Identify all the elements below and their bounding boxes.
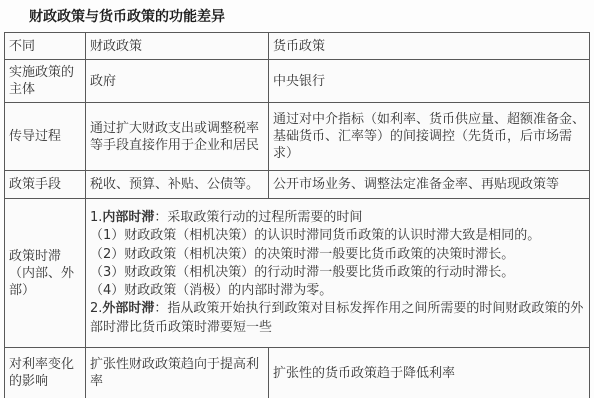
term-external-lag: 外部时滞 (102, 301, 154, 316)
cell-fiscal-implementing-body: 政府 (86, 60, 269, 103)
time-lag-sub-item-3: （3）财政政策（相机决策）的行动时滞一般要比货币政策的行动时滞长。 (90, 264, 585, 282)
cell-monetary-transmission: 通过对中介指标（如利率、货币供应量、超额准备金、基础货币、汇率等）的间接调控（先… (269, 103, 590, 171)
cell-fiscal-interest-rate: 扩张性财政政策趋向于提高利率 (86, 348, 269, 398)
time-lag-item-2: 2.外部时滞：指从政策开始执行到政策对目标发挥作用之间所需要的时间财政政策的外部… (90, 300, 585, 336)
time-lag-sub-item-1: （1）财政政策（相机决策）的认识时滞同货币政策的认识时滞大致是相同的。 (90, 227, 585, 245)
table-row: 传导过程 通过扩大财政支出或调整税率等手段直接作用于企业和居民 通过对中介指标（… (5, 103, 590, 171)
time-lag-sub-item-2: （2）财政政策（相机决策）的决策时滞一般要比货币政策的决策时滞长。 (90, 246, 585, 264)
header-cell-fiscal-policy: 财政政策 (86, 33, 269, 60)
time-lag-sub-item-4: （4）财政政策（消极）的内部时滞为零。 (90, 282, 585, 300)
header-cell-monetary-policy: 货币政策 (269, 33, 590, 60)
cell-fiscal-transmission: 通过扩大财政支出或调整税率等手段直接作用于企业和居民 (86, 103, 269, 171)
table-row: 实施政策的主体 政府 中央银行 (5, 60, 590, 103)
cell-time-lag-details: 1.内部时滞：采取政策行动的过程所需要的时间 （1）财政政策（相机决策）的认识时… (86, 199, 590, 348)
time-lag-item-1: 1.内部时滞：采取政策行动的过程所需要的时间 (90, 209, 585, 227)
term-internal-lag: 内部时滞 (102, 210, 154, 225)
row-label-policy-time-lag: 政策时滞（内部、外部） (5, 199, 86, 348)
row-label-transmission-process: 传导过程 (5, 103, 86, 171)
cell-monetary-instruments: 公开市场业务、调整法定准备金率、再贴现政策等 (269, 171, 590, 199)
row-label-implementing-body: 实施政策的主体 (5, 60, 86, 103)
table-header-row: 不同 财政政策 货币政策 (5, 33, 590, 60)
header-cell-difference: 不同 (5, 33, 86, 60)
row-label-interest-rate-impact: 对利率变化的影响 (5, 348, 86, 398)
policy-comparison-table: 不同 财政政策 货币政策 实施政策的主体 政府 中央银行 传导过程 通过扩大财政… (4, 32, 590, 398)
cell-monetary-implementing-body: 中央银行 (269, 60, 590, 103)
row-label-policy-instruments: 政策手段 (5, 171, 86, 199)
cell-fiscal-instruments: 税收、预算、补贴、公债等。 (86, 171, 269, 199)
table-row: 政策时滞（内部、外部） 1.内部时滞：采取政策行动的过程所需要的时间 （1）财政… (5, 199, 590, 348)
page-title: 财政政策与货币政策的功能差异 (29, 6, 594, 26)
cell-monetary-interest-rate: 扩张性的货币政策趋于降低利率 (269, 348, 590, 398)
table-row: 对利率变化的影响 扩张性财政政策趋向于提高利率 扩张性的货币政策趋于降低利率 (5, 348, 590, 398)
table-row: 政策手段 税收、预算、补贴、公债等。 公开市场业务、调整法定准备金率、再贴现政策… (5, 171, 590, 199)
